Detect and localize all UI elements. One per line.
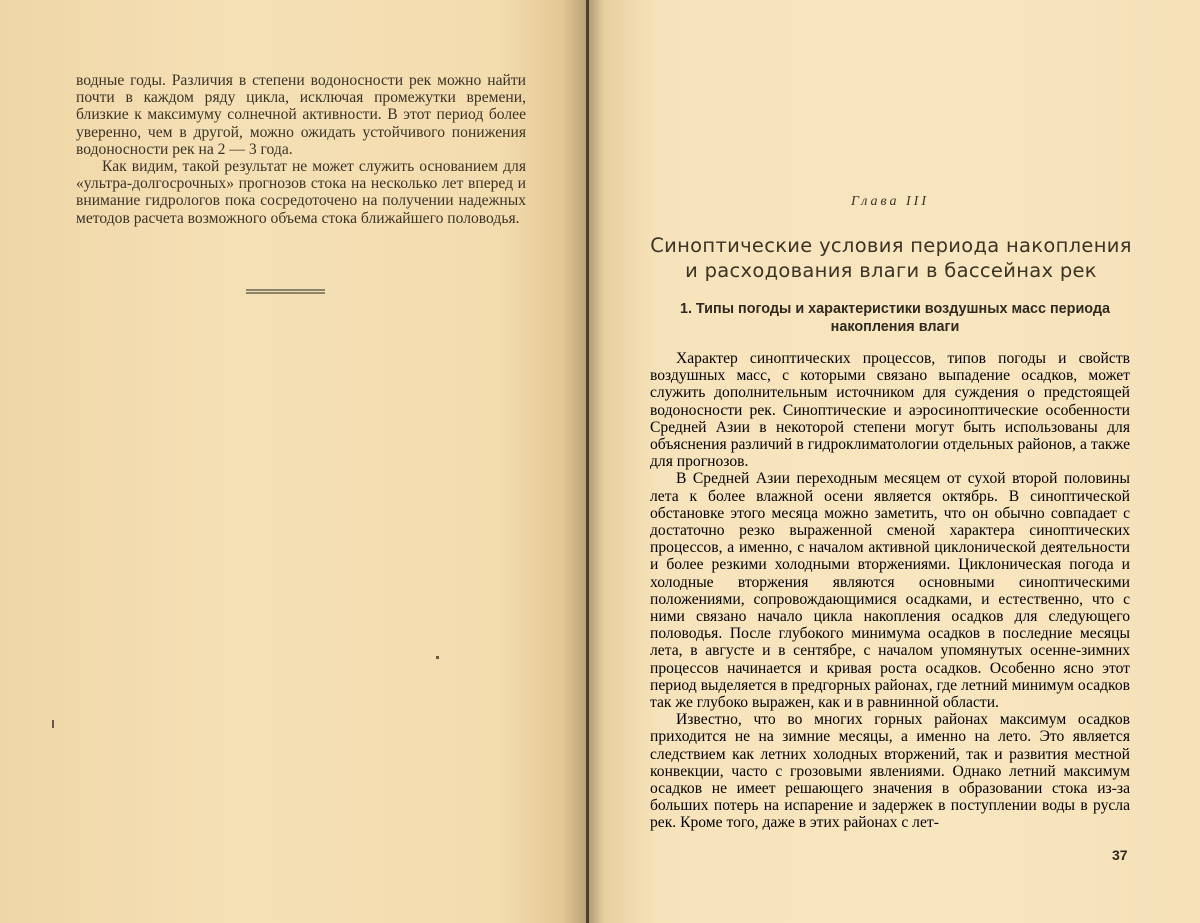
right-page-text: Характер синоптических процессов, типов … bbox=[650, 350, 1130, 832]
left-page-text: водные годы. Различия в степени водоносн… bbox=[76, 72, 526, 227]
left-paragraph-2: Как видим, такой результат не может служ… bbox=[76, 158, 526, 227]
paper-speck bbox=[52, 720, 54, 728]
left-paragraph-1: водные годы. Различия в степени водоносн… bbox=[76, 72, 526, 158]
section-title: 1. Типы погоды и характеристики воздушны… bbox=[660, 300, 1130, 336]
paper-speck bbox=[436, 656, 439, 659]
book-gutter bbox=[586, 0, 589, 923]
chapter-label: Глава III bbox=[640, 194, 1140, 210]
left-page: водные годы. Различия в степени водоносн… bbox=[0, 0, 586, 923]
page-number: 37 bbox=[1112, 847, 1128, 863]
chapter-title: Синоптические условия периода накопления… bbox=[646, 233, 1136, 283]
right-paragraph-3: Известно, что во многих горных районах м… bbox=[650, 711, 1130, 831]
section-end-double-rule bbox=[246, 289, 325, 294]
right-paragraph-1: Характер синоптических процессов, типов … bbox=[650, 350, 1130, 470]
right-paragraph-2: В Средней Азии переходным месяцем от сух… bbox=[650, 470, 1130, 711]
